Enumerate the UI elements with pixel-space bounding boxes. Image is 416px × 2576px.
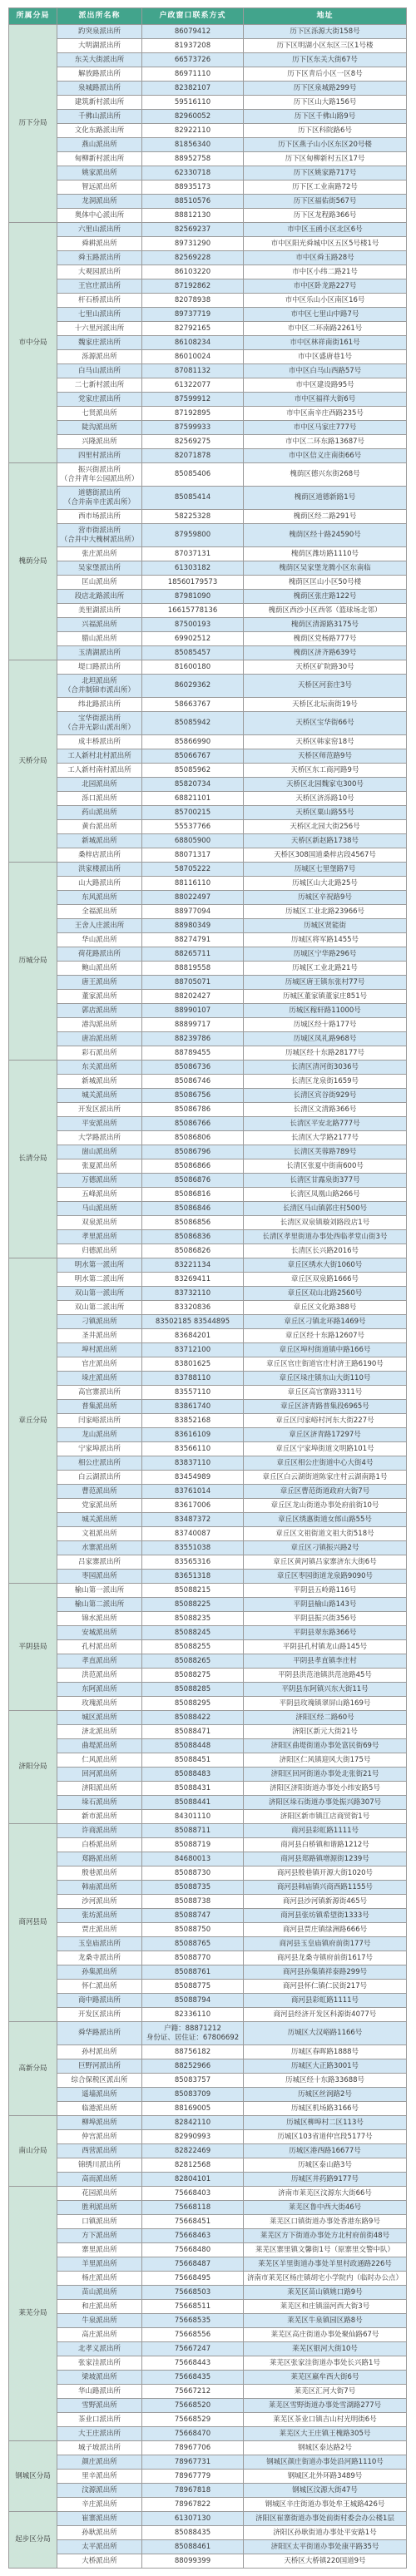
table-row: 双山第一派出所83732110章丘区双山北路2560号 [9, 1287, 407, 1301]
table-row: 济北派出所85088471济阳区新元大街21号 [9, 1725, 407, 1739]
station-address-cell: 长清区清河街3036号 [244, 1061, 407, 1075]
header-contact: 户政窗口联系方式 [142, 8, 244, 25]
station-address-cell: 章丘区双泉路1666号 [244, 1273, 407, 1287]
station-phone-cell: 62330718 [142, 166, 244, 180]
station-address-cell: 市中区小纬二路21号 [244, 265, 407, 279]
header-station-name: 派出所名称 [57, 8, 142, 25]
station-address-cell: 莱芜区大王庄镇王槐路305号 [244, 2427, 407, 2441]
bureau-cell: 天桥分局 [9, 660, 57, 863]
station-address-cell: 槐荫区经十路24590号 [244, 524, 407, 547]
station-phone-cell: 86103220 [142, 265, 244, 279]
bureau-cell: 商河县局 [9, 1824, 57, 2022]
station-phone-cell: 85086806 [142, 1131, 244, 1145]
station-name-cell: 董家派出所 [57, 990, 142, 1004]
station-phone-cell: 83320836 [142, 1301, 244, 1315]
table-row: 方下派出所75668463莱芜区方下街道办事处方北村府前街48号 [9, 2229, 407, 2243]
table-row: 大王庄派出所75668470莱芜区大王庄镇王槐路305号 [9, 2427, 407, 2441]
station-phone-cell: 75668480 [142, 2243, 244, 2257]
police-station-table-wrap: 所属分局 派出所名称 户政窗口联系方式 地址 历下分局趵突泉派出所8607941… [8, 7, 416, 2569]
table-row: 开发区派出所82336110商河县经济开发区科源街4077号 [9, 2008, 407, 2022]
station-name-cell: 回河派出所 [57, 1768, 142, 1782]
station-name-cell: 大王庄派出所 [57, 2427, 142, 2441]
station-address-cell: 章丘区黄河镇吕家寨济东大街6号 [244, 1555, 407, 1570]
station-phone-cell: 83616109 [142, 1428, 244, 1442]
station-address-cell: 槐荫区清源路3175号 [244, 618, 407, 632]
station-name-cell: 燕山派出所 [57, 138, 142, 152]
station-address-cell: 历城区经十路177号 [244, 1018, 407, 1032]
station-address-cell: 天桥区师范路9号 [244, 749, 407, 764]
table-row: 董家派出所88202427历城区董家镇董家庄851号 [9, 990, 407, 1004]
station-address-cell: 历城区辛祝路9号 [244, 891, 407, 905]
station-name-cell: 锦水派出所 [57, 1612, 142, 1626]
station-address-cell: 长清区张夏中街南600号 [244, 1159, 407, 1174]
station-address-cell: 商河县彩虹路1111号 [244, 1994, 407, 2008]
station-name-cell: 花园派出所 [57, 2187, 142, 2201]
station-address-cell: 章丘区龙山街道办事处府前街10号 [244, 1499, 407, 1513]
station-name-cell: 舜玉路派出所 [57, 251, 142, 265]
station-name-cell: 孝直派出所 [57, 1654, 142, 1669]
station-name-cell: 华山路派出所 [57, 2385, 142, 2399]
header-row: 所属分局 派出所名称 户政窗口联系方式 地址 [9, 8, 407, 25]
station-name-cell: 寨里派出所 [57, 2243, 142, 2257]
station-phone-cell: 75668451 [142, 2215, 244, 2229]
station-phone-cell: 55537766 [142, 820, 244, 834]
station-phone-cell: 88265711 [142, 947, 244, 962]
station-name-cell: 平安派出所 [57, 1117, 142, 1131]
station-phone-cell: 75668556 [142, 2328, 244, 2342]
station-name-cell: 兴隆派出所 [57, 435, 142, 449]
station-name-cell: 大观园派出所 [57, 265, 142, 279]
station-address-cell: 历城区董家镇董家庄851号 [244, 990, 407, 1004]
station-name-cell: 巨野河派出所 [57, 2059, 142, 2074]
station-name-cell: 纬北路派出所 [57, 698, 142, 712]
station-phone-cell: 88705071 [142, 976, 244, 990]
station-address-cell: 天桥区韩家窑18号 [244, 735, 407, 749]
station-name-cell: 孙集派出所 [57, 1965, 142, 1980]
table-row: 垛石派出所85088441济阳区垛石街道办事处振兴路307号 [9, 1796, 407, 1810]
table-row: 梁坡派出所75668435莱芜区嬴牟西大街6号 [9, 2371, 407, 2385]
station-phone-cell: 88169005 [142, 2102, 244, 2116]
station-address-cell: 天桥区新赵路1738号 [244, 834, 407, 848]
station-phone-cell: 88952758 [142, 152, 244, 166]
station-address-cell: 平阴县孝直镇李庄村 [244, 1654, 407, 1669]
table-row: 宁家埠派出所83566110章丘区宁家埠街道文明路101号 [9, 1442, 407, 1456]
table-row: 临港派出所88169005历城区机场路3166号 [9, 2102, 407, 2116]
table-row: 新市派出所84301110济阳区新市镇江店商贸街1号 [9, 1810, 407, 1824]
station-address-cell: 济阳区曲堤街道办事处富民街69号 [244, 1739, 407, 1753]
station-address-cell: 历城区唐王镇东张村77号 [244, 976, 407, 990]
station-phone-cell: 85088225 [142, 1598, 244, 1612]
station-name-cell: 建筑新村派出所 [57, 96, 142, 110]
table-row: 山大路派出所88116110历城区山大北路25号 [9, 877, 407, 891]
station-address-cell: 天桥区308国道桑梓店段4567号 [244, 848, 407, 863]
station-name-cell: 玉清湖派出所 [57, 646, 142, 660]
station-address-cell: 钢城区汶源大街47号 [244, 2484, 407, 2498]
station-phone-cell: 88819558 [142, 962, 244, 976]
table-row: 张坊派出所85088747商河县张坊镇希望街1333号 [9, 1909, 407, 1923]
station-name-cell: 段店北路派出所 [57, 590, 142, 604]
station-phone-cell: 75668443 [142, 2356, 244, 2371]
station-phone-cell: 83557110 [142, 1386, 244, 1400]
table-row: 普集派出所83861740章丘区济青路普集段6965号 [9, 1400, 407, 1414]
station-name-cell: 大桥派出所 [57, 2554, 142, 2569]
station-name-cell: 工人新村南村派出所 [57, 764, 142, 778]
station-name-cell: 里辛派出所 [57, 2470, 142, 2484]
station-name-cell: 党家庄派出所 [57, 393, 142, 407]
table-row: 唐王派出所88705071历城区唐王镇东张村77号 [9, 976, 407, 990]
station-name-cell: 龙洞派出所 [57, 195, 142, 209]
table-row: 商中路派出所85088794商河县彩虹路1111号 [9, 1994, 407, 2008]
bureau-cell: 市中分局 [9, 223, 57, 463]
station-name-cell: 相公庄派出所 [57, 1456, 142, 1471]
station-address-cell: 莱芜区苗山镇姚口路9号 [244, 2286, 407, 2300]
station-name-cell: 鲍山派出所 [57, 962, 142, 976]
station-name-cell: 杆石桥派出所 [57, 294, 142, 308]
table-row: 巨野河派出所88252966历城区大正路3001号 [9, 2059, 407, 2074]
station-address-cell: 章丘区刁镇北环路1469号 [244, 1315, 407, 1329]
table-row: 天桥分局堤口路派出所81600180天桥区矿院路30号 [9, 660, 407, 675]
station-name-cell: 五峰派出所 [57, 1188, 142, 1202]
station-phone-cell: 83740087 [142, 1527, 244, 1541]
station-address-cell: 莱芜区方下街道办事处方北村府前街48号 [244, 2229, 407, 2243]
station-address-cell: 天桥区宝华街66号 [244, 712, 407, 735]
station-name-cell: 营市街派出所 （合并中大槐树派出所） [57, 524, 142, 547]
station-name-cell: 高而派出所 [57, 2173, 142, 2187]
table-row: 华山路派出所75667212莱芜区汇河大街7号 [9, 2385, 407, 2399]
station-phone-cell: 85088235 [142, 1612, 244, 1626]
station-phone-cell: 83837110 [142, 1456, 244, 1471]
table-row: 姚家派出所62330718历下区姚家路717号 [9, 166, 407, 180]
table-row: 智远派出所88935173历下区工业南路72号 [9, 180, 407, 195]
table-row: 工人新村北村派出所85066767天桥区师范路9号 [9, 749, 407, 764]
station-phone-cell: 83565316 [142, 1555, 244, 1570]
station-phone-cell: 85086796 [142, 1145, 244, 1159]
station-address-cell: 平阴县振兴街356号 [244, 1612, 407, 1626]
table-row: 郑路派出所84680013商河县郑路镇增源街1239号 [9, 1852, 407, 1866]
station-phone-cell: 85086816 [142, 1188, 244, 1202]
station-address-cell: 济阳区济阳街道办事处小纬安路5号 [244, 1782, 407, 1796]
station-phone-cell: 85088265 [142, 1654, 244, 1669]
table-row: 高官寨派出所83557110章丘区高官寨路3311号 [9, 1386, 407, 1400]
table-row: 党家派出所83617006章丘区龙山街道办事处府前街10号 [9, 1499, 407, 1513]
table-row: 七贤派出所87192895市中区南辛庄西路235号 [9, 407, 407, 421]
table-row: 港沟派出所88899717历城区经十路177号 [9, 1018, 407, 1032]
station-phone-cell: 87599933 [142, 421, 244, 435]
station-phone-cell: 81937208 [142, 39, 244, 53]
station-name-cell: 城关派出所 [57, 1513, 142, 1527]
station-name-cell: 归德派出所 [57, 1244, 142, 1258]
station-phone-cell: 82842110 [142, 2116, 244, 2130]
station-phone-cell: 83487372 [142, 1513, 244, 1527]
station-phone-cell: 68821101 [142, 792, 244, 806]
station-address-cell: 章丘区济青路普集段6965号 [244, 1400, 407, 1414]
table-row: 全福派出所88977094历城区工业北路23966号 [9, 905, 407, 919]
station-address-cell: 历城区将军路1455号 [244, 933, 407, 947]
station-address-cell: 商河县贾庄镇绿洲路666号 [244, 1923, 407, 1937]
station-phone-cell: 83684201 [142, 1329, 244, 1343]
station-address-cell: 章丘区埠村街道镇中路166号 [244, 1343, 407, 1357]
station-phone-cell: 82804101 [142, 2173, 244, 2187]
station-address-cell: 市中区信义庄南街66号 [244, 449, 407, 463]
station-name-cell: 普集派出所 [57, 1400, 142, 1414]
station-phone-cell: 85088747 [142, 1909, 244, 1923]
table-row: 怀仁派出所85088775商河县怀仁镇仁民街217号 [9, 1980, 407, 1994]
police-station-table: 所属分局 派出所名称 户政窗口联系方式 地址 历下分局趵突泉派出所8607941… [8, 7, 407, 2569]
station-name-cell: 明水第一派出所 [57, 1258, 142, 1273]
station-phone-cell: 85088275 [142, 1669, 244, 1683]
table-row: 白马山派出所87081132市中区白马山西路57号 [9, 364, 407, 378]
station-name-cell: 振兴街派出所 （合并青年公园派出所） [57, 463, 142, 487]
station-phone-cell: 87981090 [142, 590, 244, 604]
table-row: 大学路派出所85086806长清区大学路2177号 [9, 1131, 407, 1145]
station-phone-cell: 83651318 [142, 1570, 244, 1584]
station-name-cell: 仁风派出所 [57, 1753, 142, 1768]
station-address-cell: 章丘区绣水大街1060号 [244, 1258, 407, 1273]
station-name-cell: 双泉派出所 [57, 1216, 142, 1230]
station-phone-cell: 87081132 [142, 364, 244, 378]
table-row: 埠村派出所83712100章丘区埠村街道镇中路166号 [9, 1343, 407, 1357]
bureau-cell: 钢城区分局 [9, 2441, 57, 2512]
table-row: 龙洞派出所88510576历下区福佑街567号 [9, 195, 407, 209]
table-row: 兴隆派出所82569275市中区二环东路13687号 [9, 435, 407, 449]
station-name-cell: 西营派出所 [57, 2144, 142, 2158]
station-address-cell: 莱芜区和庄镇淄河西大街3号 [244, 2300, 407, 2314]
table-row: 沙河派出所85088738商河县沙河镇新源街465号 [9, 1895, 407, 1909]
station-address-cell: 市中区福祥大街6号 [244, 393, 407, 407]
station-phone-cell: 75668470 [142, 2427, 244, 2441]
station-phone-cell: 85088285 [142, 1683, 244, 1697]
table-row: 里辛派出所78967779钢城区北外环路3489号 [9, 2470, 407, 2484]
station-phone-cell: 87037131 [142, 547, 244, 561]
station-name-cell: 新城派出所 [57, 834, 142, 848]
table-row: 韩庙派出所85088735商河县韩庙镇兴商西路1155号 [9, 1881, 407, 1895]
station-name-cell: 张坊派出所 [57, 1909, 142, 1923]
table-row: 白云湖派出所83454989章丘区白云湖街道陈家庄村云湖南路1号 [9, 1471, 407, 1485]
station-phone-cell: 82071878 [142, 449, 244, 463]
bureau-cell: 南山分局 [9, 2116, 57, 2187]
station-name-cell: 十六里河派出所 [57, 322, 142, 336]
table-row: 杆石桥派出所82078938市中区乐山小区南区16号 [9, 294, 407, 308]
station-name-cell: 垛石派出所 [57, 1796, 142, 1810]
station-name-cell: 崔寨派出所 [57, 2512, 142, 2526]
table-row: 平安派出所85086766长清区平安北路777号 [9, 1117, 407, 1131]
station-address-cell: 槐荫区党杨路777号 [244, 632, 407, 646]
station-name-cell: 圣井派出所 [57, 1329, 142, 1343]
station-phone-cell: 85085414 [142, 487, 244, 510]
table-row: 美里湖派出所16615778136槐荫区西沙小区西邻（篮球场北邻） [9, 604, 407, 618]
station-address-cell: 平阴县东阿镇兴东大街11号 [244, 1683, 407, 1697]
station-address-cell: 历城区机场路3166号 [244, 2102, 407, 2116]
station-phone-cell: 82336110 [142, 2008, 244, 2022]
station-name-cell: 刁镇派出所 [57, 1315, 142, 1329]
station-address-cell: 莱芜区羊里街道办事处羊里村政通路226号 [244, 2257, 407, 2272]
station-name-cell: 白云湖派出所 [57, 1471, 142, 1485]
station-phone-cell: 58705222 [142, 863, 244, 877]
table-row: 圣井派出所83684201章丘区经十东路12607号 [9, 1329, 407, 1343]
station-address-cell: 长清区芙蓉路789号 [244, 1145, 407, 1159]
station-address-cell: 莱芜区高庄街道办事处聚仙路67号 [244, 2328, 407, 2342]
station-name-cell: 四里村派出所 [57, 449, 142, 463]
station-phone-cell: 82569237 [142, 223, 244, 237]
bureau-cell: 槐荫分局 [9, 463, 57, 660]
station-name-cell: 堤口路派出所 [57, 660, 142, 675]
station-address-cell: 历城区泰山路3号 [244, 2158, 407, 2173]
table-row: 桑梓店派出所88071317天桥区308国道桑梓店段4567号 [9, 848, 407, 863]
station-phone-cell: 88202427 [142, 990, 244, 1004]
station-phone-cell: 86029362 [142, 675, 244, 698]
table-row: 济阳派出所85088431济阳区济阳街道办事处小纬安路5号 [9, 1782, 407, 1796]
station-address-cell: 历城区大正路3001号 [244, 2059, 407, 2074]
table-row: 郭店派出所88990107历城区稼轩路11000号 [9, 1004, 407, 1018]
table-row: 历下分局趵突泉派出所86079412历下区泺源大街158号 [9, 25, 407, 39]
station-name-cell: 成丰桥派出所 [57, 735, 142, 749]
station-address-cell: 槐荫区德兴东街268号 [244, 463, 407, 487]
station-name-cell: 白马山派出所 [57, 364, 142, 378]
table-row: 玉皇庙派出所85088765商河县玉皇庙镇府前街177号 [9, 1937, 407, 1951]
station-phone-cell: 66573726 [142, 53, 244, 67]
station-address-cell: 商河县彩虹路1111号 [244, 1824, 407, 1838]
station-name-cell: 道德街派出所 （合并南辛庄派出所） [57, 487, 142, 510]
station-phone-cell: 83712100 [142, 1343, 244, 1357]
station-name-cell: 舜耕派出所 [57, 237, 142, 251]
table-row: 北园派出所85820734天桥区北园魏家屯300号 [9, 778, 407, 792]
table-row: 起步区分局崔寨派出所61307130济阳区崔寨街道办事处前街村委会办公楼1层 [9, 2512, 407, 2526]
station-phone-cell: 85086876 [142, 1174, 244, 1188]
table-row: 十六里河派出所82792165市中区二环南路2261号 [9, 322, 407, 336]
station-address-cell: 平阴县玫瑰镇翠屏山路169号 [244, 1697, 407, 1711]
table-row: 榆山第二派出所85088225平阴县榆山路143号 [9, 1598, 407, 1612]
station-phone-cell: 88812130 [142, 209, 244, 223]
station-name-cell: 榆山第一派出所 [57, 1584, 142, 1598]
table-row: 章丘分局明水第一派出所83221134章丘区绣水大街1060号 [9, 1258, 407, 1273]
station-name-cell: 东关大街派出所 [57, 53, 142, 67]
station-phone-cell: 85088431 [142, 1782, 244, 1796]
table-row: 彩石派出所88789455历城区经十东路28177号 [9, 1046, 407, 1061]
table-row: 商河县局许商派出所85088711商河县彩虹路1111号 [9, 1824, 407, 1838]
station-name-cell: 商中路派出所 [57, 1994, 142, 2008]
table-row: 苗山派出所75668503莱芜区苗山镇姚口路9号 [9, 2286, 407, 2300]
table-row: 市中分局六里山派出所82569237市中区玉函小区北区6号 [9, 223, 407, 237]
station-address-cell: 平阴县榆山路143号 [244, 1598, 407, 1612]
station-name-cell: 和庄派出所 [57, 2300, 142, 2314]
bureau-cell: 章丘分局 [9, 1258, 57, 1584]
table-row: 锦水派出所85088235平阴县振兴街356号 [9, 1612, 407, 1626]
station-phone-cell: 84301110 [142, 1810, 244, 1824]
station-phone-cell: 81600180 [142, 660, 244, 675]
station-name-cell: 唐王派出所 [57, 976, 142, 990]
station-address-cell: 莱芜区口镇街道办事处香港东路9号 [244, 2215, 407, 2229]
station-address-cell: 商河县玉皇庙镇府前街177号 [244, 1937, 407, 1951]
station-phone-cell: 88977094 [142, 905, 244, 919]
station-phone-cell: 88756182 [142, 2045, 244, 2059]
table-row: 孙集派出所85088761商河县孙集镇祥泰路299号 [9, 1965, 407, 1980]
station-address-cell: 章丘区济青路17297号 [244, 1428, 407, 1442]
station-address-cell: 商河县经济开发区科源街4077号 [244, 2008, 407, 2022]
table-row: 高庄派出所75668556莱芜区高庄街道办事处聚仙路67号 [9, 2328, 407, 2342]
station-address-cell: 历下区福佑街567号 [244, 195, 407, 209]
table-row: 吴家堡派出所61303182槐荫区吴家堡龙腾小区东南临 [9, 561, 407, 576]
station-name-cell: 城关派出所 [57, 1089, 142, 1103]
station-name-cell: 羊里派出所 [57, 2257, 142, 2272]
station-name-cell: 文祖派出所 [57, 1527, 142, 1541]
station-address-cell: 钢城区辛庄街道办事处牟王城路426号 [244, 2498, 407, 2512]
station-name-cell: 沙河派出所 [57, 1895, 142, 1909]
station-phone-cell: 83502185 83544895 [142, 1315, 244, 1329]
station-address-cell: 历下区青后小区一区8号 [244, 67, 407, 82]
station-name-cell: 胜利派出所 [57, 2201, 142, 2215]
station-phone-cell: 86079412 [142, 25, 244, 39]
station-name-cell: 美里湖派出所 [57, 604, 142, 618]
station-address-cell: 莱芜区嬴牟西大街6号 [244, 2371, 407, 2385]
station-name-cell: 苗山派出所 [57, 2286, 142, 2300]
station-address-cell: 莱芜区茶业口镇吉山村光明街6号 [244, 2413, 407, 2427]
station-phone-cell: 85088483 [142, 1768, 244, 1782]
table-row: 仲宫派出所82990993历城区103省道仲宫段5177号 [9, 2130, 407, 2144]
station-phone-cell: 85088794 [142, 1994, 244, 2008]
station-address-cell: 章丘区经十东路12607号 [244, 1329, 407, 1343]
header-bureau: 所属分局 [9, 8, 57, 25]
station-name-cell: 方下派出所 [57, 2229, 142, 2243]
table-row: 孝直派出所85088265平阴县孝直镇李庄村 [9, 1654, 407, 1669]
station-address-cell: 市中区舜玉路28号 [244, 251, 407, 265]
table-row: 孙耿派出所85088435济阳区孙耿街道办事处平安路1号 [9, 2526, 407, 2540]
station-phone-cell: 83617006 [142, 1499, 244, 1513]
station-name-cell: 玫瑰派出所 [57, 1697, 142, 1711]
table-row: 孝里派出所85086836长清区孝里街道办事处西临孝堂山街3号 [9, 1230, 407, 1244]
station-name-cell: 姚家派出所 [57, 166, 142, 180]
station-address-cell: 长清区大学路2177号 [244, 1131, 407, 1145]
station-name-cell: 全福派出所 [57, 905, 142, 919]
bureau-cell: 历城分局 [9, 863, 57, 1061]
station-address-cell: 商河县郑路镇增源街1239号 [244, 1852, 407, 1866]
station-name-cell: 临港派出所 [57, 2102, 142, 2116]
station-name-cell: 王舍人庄派出所 [57, 919, 142, 933]
station-address-cell: 莱芜区张家洼街道办事处长兴路1号 [244, 2356, 407, 2371]
station-phone-cell: 75668535 [142, 2314, 244, 2328]
station-address-cell: 槐荫区匡山小区50号楼 [244, 576, 407, 590]
station-phone-cell: 75668511 [142, 2300, 244, 2314]
station-name-cell: 东阿派出所 [57, 1683, 142, 1697]
station-address-cell: 槐荫区张庄路122号 [244, 590, 407, 604]
station-phone-cell: 85085962 [142, 764, 244, 778]
station-name-cell: 埠村派出所 [57, 1343, 142, 1357]
station-phone-cell: 61322077 [142, 378, 244, 393]
table-row: 颜庄派出所78967731钢城区颜庄街道办事处沿河路1110号 [9, 2455, 407, 2470]
station-address-cell: 章丘区刁镇振兴路2号 [244, 1541, 407, 1555]
station-name-cell: 东风派出所 [57, 891, 142, 905]
table-row: 平阴县局榆山第一派出所85088215平阴县五岭路116号 [9, 1584, 407, 1598]
station-address-cell: 市中区马家庄777号 [244, 421, 407, 435]
station-name-cell: 药山派出所 [57, 806, 142, 820]
station-name-cell: 吴家堡派出所 [57, 561, 142, 576]
table-row: 泉城路派出所82382107历下区泉城路299号 [9, 82, 407, 96]
station-phone-cell: 85088461 [142, 2540, 244, 2554]
station-address-cell: 历下区泺源大街158号 [244, 25, 407, 39]
station-name-cell: 陡沟派出所 [57, 421, 142, 435]
station-address-cell: 历城区贤能街 [244, 919, 407, 933]
station-name-cell: 榆山第二派出所 [57, 1598, 142, 1612]
station-phone-cell: 86108234 [142, 336, 244, 350]
station-address-cell: 历城区宁华路296号 [244, 947, 407, 962]
station-phone-cell: 88990107 [142, 1004, 244, 1018]
station-name-cell: 智远派出所 [57, 180, 142, 195]
station-phone-cell: 85088738 [142, 1895, 244, 1909]
station-phone-cell: 88116110 [142, 877, 244, 891]
station-address-cell: 槐荫区经二路291号 [244, 510, 407, 524]
table-row: 道德街派出所 （合并南辛庄派出所）85085414槐荫区道德新路1号 [9, 487, 407, 510]
table-row: 牛泉派出所75668535莱芜区牛泉镇园区路8号 [9, 2314, 407, 2328]
table-row: 张夏派出所85086866长清区张夏中街南600号 [9, 1159, 407, 1174]
